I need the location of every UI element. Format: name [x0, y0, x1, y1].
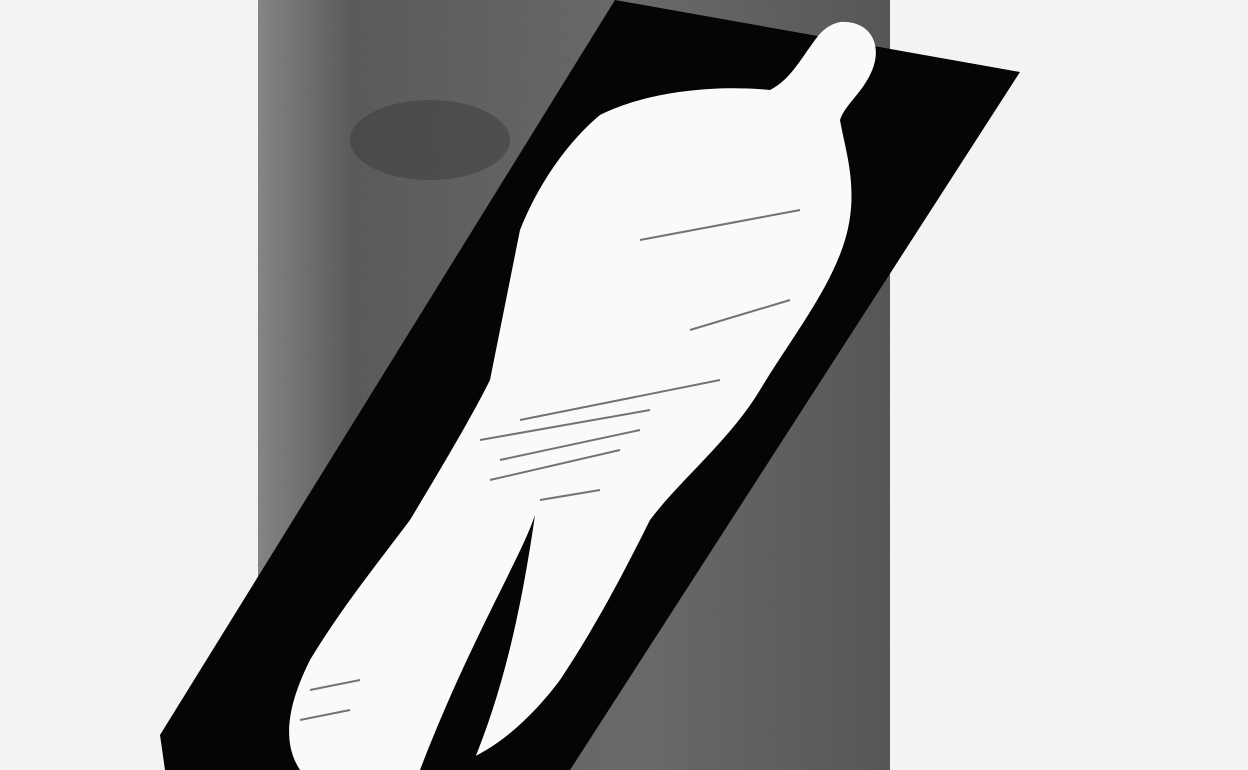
dark-smudge [350, 100, 510, 180]
artwork-canvas [0, 0, 1248, 770]
abstract-painting [0, 0, 1248, 770]
